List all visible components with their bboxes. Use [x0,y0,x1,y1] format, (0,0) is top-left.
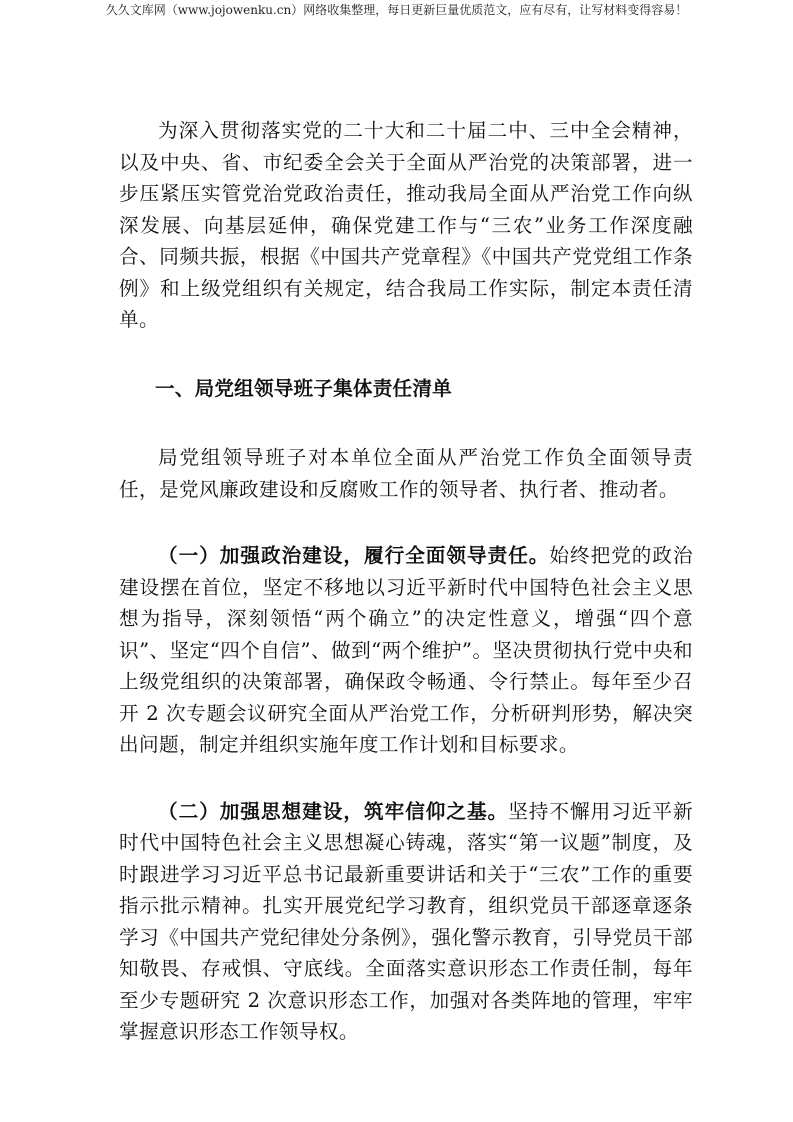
item-body-text: 坚持不懈用习近平新时代中国特色社会主义思想凝心铸魂，落实“第一议题”制度，及时跟… [119,800,693,1044]
intro-paragraph: 为深入贯彻落实党的二十大和二十届二中、三中全会精神，以及中央、省、市纪委全会关于… [119,115,693,336]
watermark-text: 久久文库网（www.jojowenku.cn）网络收集整理，每日更新巨量优质范文… [106,3,687,17]
section-heading: 一、局党组领导班子集体责任清单 [119,373,693,405]
item-body-text: 始终把党的政治建设摆在首位，坚定不移地以习近平新时代中国特色社会主义思想为指导，… [119,544,693,756]
item-lead-title: （二）加强思想建设，筑牢信仰之基。 [158,800,508,823]
list-item-ideological-construction: （二）加强思想建设，筑牢信仰之基。坚持不懈用习近平新时代中国特色社会主义思想凝心… [119,796,693,1048]
document-body: 为深入贯彻落实党的二十大和二十届二中、三中全会精神，以及中央、省、市纪委全会关于… [119,115,693,1048]
list-item-political-construction: （一）加强政治建设，履行全面领导责任。始终把党的政治建设摆在首位，坚定不移地以习… [119,540,693,761]
item-lead-title: （一）加强政治建设，履行全面领导责任。 [158,544,549,567]
section-intro-paragraph: 局党组领导班子对本单位全面从严治党工作负全面领导责任，是党风廉政建设和反腐败工作… [119,442,693,505]
page-header-watermark: 久久文库网（www.jojowenku.cn）网络收集整理，每日更新巨量优质范文… [60,2,733,19]
